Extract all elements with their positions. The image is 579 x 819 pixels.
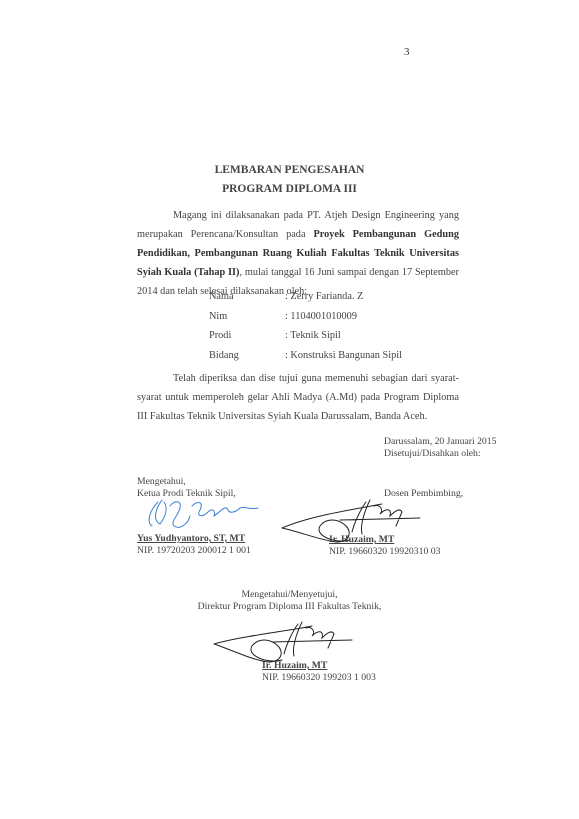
- document-subtitle: PROGRAM DIPLOMA III: [0, 183, 579, 195]
- info-row-nim: Nim : 1104001010009: [209, 311, 402, 331]
- info-value: : Zerry Farianda. Z: [285, 291, 363, 311]
- approved-by-label: Disetujui/Disahkan oleh:: [384, 448, 496, 460]
- page-number: 3: [404, 46, 410, 58]
- director-heading: Mengetahui/Menyetujui, Direktur Program …: [0, 589, 579, 613]
- left-signatory-name: Yus Yudhyantoro, ST, MT: [137, 533, 245, 544]
- director-nip: NIP. 19660320 199203 1 003: [262, 672, 376, 684]
- signature-left: [140, 496, 270, 536]
- info-label: Bidang: [209, 350, 285, 370]
- info-value: : Teknik Sipil: [285, 330, 341, 350]
- info-label: Nim: [209, 311, 285, 331]
- left-signatory-nip: NIP. 19720203 200012 1 001: [137, 545, 251, 557]
- approval-paragraph: Telah diperiksa dan dise tujui guna meme…: [137, 369, 459, 426]
- director-acknowledged-label: Mengetahui/Menyetujui,: [0, 589, 579, 601]
- info-value: : Konstruksi Bangunan Sipil: [285, 350, 402, 370]
- director-name: Ir. Huzaim, MT: [262, 660, 327, 671]
- document-title: LEMBARAN PENGESAHAN: [0, 164, 579, 176]
- info-row-prodi: Prodi : Teknik Sipil: [209, 330, 402, 350]
- approval-text: Telah diperiksa dan dise tujui guna meme…: [137, 373, 459, 422]
- info-row-bidang: Bidang : Konstruksi Bangunan Sipil: [209, 350, 402, 370]
- info-label: Prodi: [209, 330, 285, 350]
- info-label: Nama: [209, 291, 285, 311]
- right-signatory-name: Ir. Huzaim, MT: [329, 534, 394, 545]
- right-signatory-nip: NIP. 19660320 19920310 03: [329, 546, 440, 558]
- director-role: Direktur Program Diploma III Fakultas Te…: [0, 601, 579, 613]
- student-info: Nama : Zerry Farianda. Z Nim : 110400101…: [209, 291, 402, 369]
- info-value: : 1104001010009: [285, 311, 357, 331]
- info-row-name: Nama : Zerry Farianda. Z: [209, 291, 402, 311]
- place-date-block: Darussalam, 20 Januari 2015 Disetujui/Di…: [384, 436, 496, 460]
- place-date: Darussalam, 20 Januari 2015: [384, 436, 496, 448]
- intro-paragraph: Magang ini dilaksanakan pada PT. Atjeh D…: [137, 206, 459, 301]
- acknowledged-label: Mengetahui,: [137, 476, 236, 488]
